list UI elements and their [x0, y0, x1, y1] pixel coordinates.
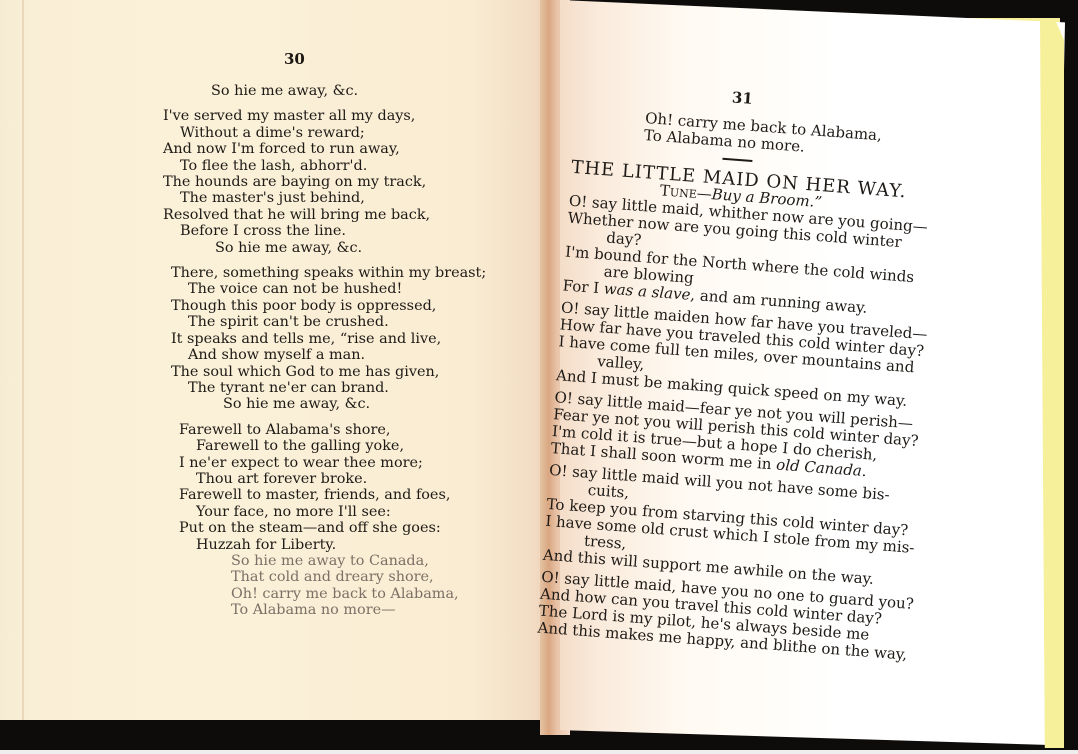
verse-line: Huzzah for Liberty.: [179, 537, 483, 553]
stanza-3: Farewell to Alabama's shore, Farewell to…: [163, 422, 483, 619]
text-span: For I: [562, 276, 604, 297]
verse-line: Resolved that he will bring me back,: [163, 207, 483, 223]
verse-line: And show myself a man.: [171, 347, 483, 363]
refrain-line: That cold and dreary shore,: [179, 569, 483, 585]
left-page-text: So hie me away, &c. I've served my maste…: [163, 83, 483, 619]
verse-line: Farewell to Alabama's shore,: [179, 422, 483, 438]
verse-line: Before I cross the line.: [163, 223, 483, 239]
right-page-text: 31 Oh! carry me back to Alabama, To Alab…: [537, 78, 987, 667]
book-spread: 30 So hie me away, &c. I've served my ma…: [0, 0, 1078, 754]
verse-line: The hounds are baying on my track,: [163, 174, 483, 190]
verse-line: Farewell to the galling yoke,: [179, 438, 483, 454]
refrain-line: So hie me away, &c.: [163, 83, 483, 99]
verse-line: It speaks and tells me, “rise and live,: [171, 331, 483, 347]
verse-line: Thou art forever broke.: [179, 471, 483, 487]
verse-line: Your face, no more I'll see:: [179, 504, 483, 520]
refrain-line: To Alabama no more—: [179, 602, 483, 618]
verse-line: And now I'm forced to run away,: [163, 141, 483, 157]
stanza-1: I've served my master all my days, Witho…: [163, 108, 483, 256]
bottom-strip: [0, 750, 1078, 754]
verse-line: There, something speaks within my breast…: [171, 265, 483, 281]
verse-line: Farewell to master, friends, and foes,: [179, 487, 483, 503]
verse-line: I've served my master all my days,: [163, 108, 483, 124]
verse-line: The master's just behind,: [163, 190, 483, 206]
verse-line: Put on the steam—and off she goes:: [179, 520, 483, 536]
refrain-line: So hie me away to Canada,: [179, 553, 483, 569]
verse-line: The voice can not be hushed!: [171, 281, 483, 297]
verse-line: I ne'er expect to wear thee more;: [179, 455, 483, 471]
verse-line: Though this poor body is oppressed,: [171, 298, 483, 314]
text-span: .: [861, 462, 867, 480]
refrain-line: So hie me away, &c.: [163, 240, 483, 256]
left-page-number: 30: [284, 50, 305, 68]
refrain-line: Oh! carry me back to Alabama,: [179, 586, 483, 602]
verse-line: To flee the lash, abhorr'd.: [163, 158, 483, 174]
verse-line: The tyrant ne'er can brand.: [171, 380, 483, 396]
section-rule: [722, 158, 752, 162]
stanza-2: There, something speaks within my breast…: [163, 265, 483, 413]
verse-line: The spirit can't be crushed.: [171, 314, 483, 330]
verse-line: Without a dime's reward;: [163, 125, 483, 141]
refrain-line: So hie me away, &c.: [171, 396, 483, 412]
verse-line: The soul which God to me has given,: [171, 364, 483, 380]
